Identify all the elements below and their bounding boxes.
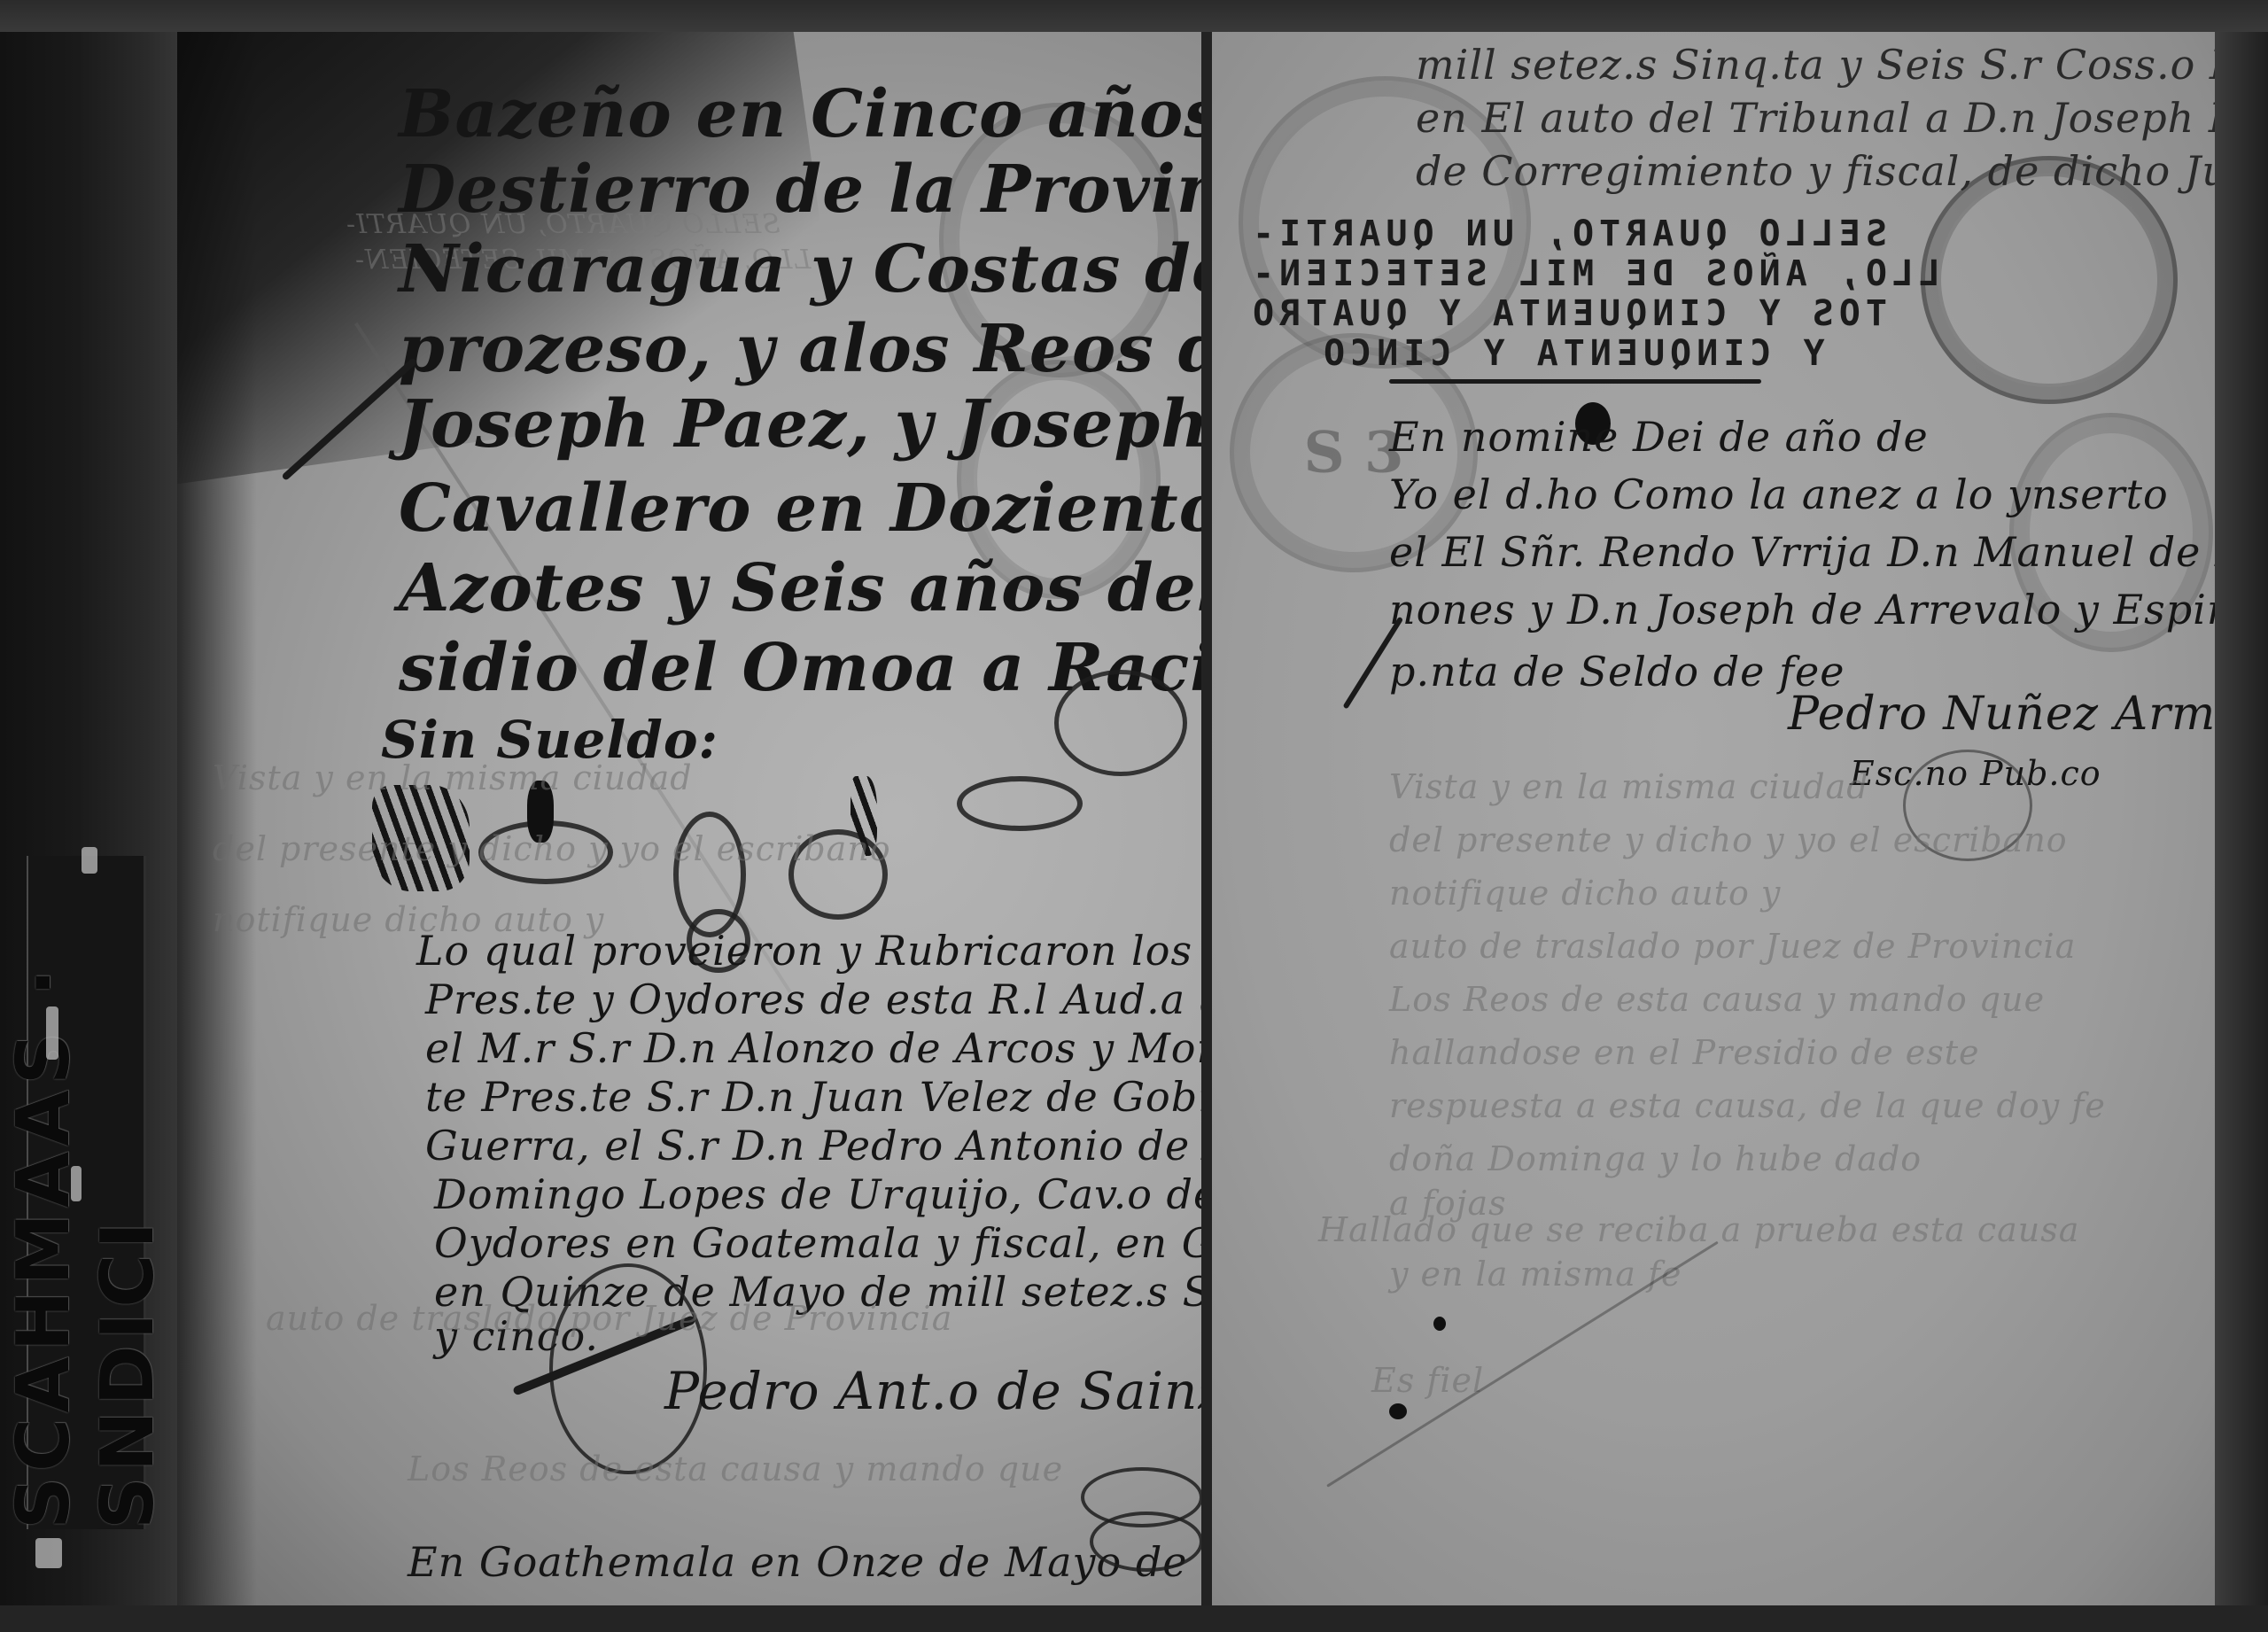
signature: Pedro Ant.o de Sainz de la Oleay bbox=[664, 1361, 1207, 1421]
signature: Pedro Nuñez Armenta bbox=[1788, 688, 2241, 741]
spine-glint bbox=[71, 1166, 82, 1201]
right-page: S 3 mill setez.s Sinq.ta y Seis S.r Coss… bbox=[1212, 32, 2241, 1605]
mirrored-stamp-text: TOS Y CINQUENTA Y QUATRO bbox=[1247, 293, 1887, 334]
ink-blot bbox=[1433, 1317, 1446, 1331]
manuscript-line: Bazeño en Cinco años de bbox=[399, 76, 1207, 152]
faded-line: auto de traslado por Juez de Provincia bbox=[1389, 927, 2076, 966]
faded-line: notifique dicho auto y bbox=[1389, 874, 1781, 913]
manuscript-line: Pres.te y Oydores de esta R.l Aud.a au s… bbox=[425, 975, 1207, 1023]
faded-line: Es fiel bbox=[1371, 1361, 1484, 1400]
marginal-note: Vista y en la misma ciudad bbox=[213, 758, 693, 797]
marginal-note: auto de traslado por Juez de Provincia bbox=[266, 1299, 952, 1338]
faded-line: Los Reos de esta causa y mando que bbox=[408, 1449, 1063, 1488]
manuscript-line: Guerra, el S.r D.n Pedro Antonio de Agui… bbox=[425, 1122, 1207, 1170]
manuscript-line: Azotes y Seis años del Pa bbox=[399, 550, 1207, 626]
manuscript-line: Cavallero en Dozientos bbox=[399, 470, 1207, 547]
manuscript-line: Lo qual proveieron y Rubricaron los S.re… bbox=[416, 927, 1207, 975]
mirrored-stamp-text: SELLO QUARTO, UN QUARTI- bbox=[1247, 214, 1887, 254]
faded-line: y en la misma fe bbox=[1389, 1255, 1682, 1294]
manuscript-line: Domingo Lopes de Urquijo, Cav.o de la or… bbox=[434, 1170, 1207, 1218]
page-gutter bbox=[1201, 32, 1212, 1605]
underline-stroke bbox=[1389, 379, 1761, 384]
marginal-note: del presente y dicho y yo el escribano bbox=[213, 829, 891, 868]
book-binding: SCAHMAAS · SNDICI bbox=[0, 32, 195, 1632]
manuscript-line: Oydores en Goatemala y fiscal, en Gora bbox=[434, 1219, 1207, 1267]
faded-line: Vista y en la misma ciudad bbox=[1389, 767, 1869, 806]
manuscript-line: Nicaragua y Costas de bbox=[399, 231, 1207, 307]
spine-label-text: SCAHMAAS · SNDICI bbox=[2, 856, 170, 1529]
book-edge-right bbox=[2215, 32, 2268, 1632]
manuscript-line: Destierro de la Provincia de bbox=[399, 152, 1207, 228]
spine-glint bbox=[35, 1538, 62, 1568]
manuscript-line: mill setez.s Sinq.ta y Seis S.r Coss.o P… bbox=[1416, 41, 2241, 89]
manuscript-line: Yo el d.ho Como la anez a lo ynserto bbox=[1389, 470, 2169, 518]
manuscript-line: prozeso, y alos Reos dus bbox=[399, 311, 1207, 387]
faded-line: doña Dominga y lo hube dado bbox=[1389, 1139, 1922, 1178]
manuscript-line: p.nta de Seldo de fee bbox=[1389, 648, 1845, 696]
faded-line: respuesta a esta causa, de la que doy fe bbox=[1389, 1086, 2106, 1125]
faded-line: Los Reos de esta causa y mando que bbox=[1389, 980, 2045, 1019]
manuscript-line: En nomine Dei de año de bbox=[1389, 413, 1929, 461]
ink-blot bbox=[1389, 1403, 1407, 1419]
left-page: SELLO QUARTO, UN QUARTI- LLO, AÑOS DE MI… bbox=[177, 32, 1207, 1605]
rubric-flourish bbox=[1054, 670, 1187, 776]
manuscript-line: te Pres.te S.r D.n Juan Velez de Gobre S… bbox=[425, 1073, 1207, 1121]
rubric-flourish bbox=[1090, 1512, 1203, 1572]
manuscript-line: el M.r S.r D.n Alonzo de Arcos y Mon bbox=[425, 1024, 1207, 1072]
manuscript-line: de Corregimiento y fiscal, de dicho Juzg… bbox=[1416, 147, 2241, 195]
manuscript-line: en El auto del Tribunal a D.n Joseph Fig… bbox=[1416, 94, 2241, 142]
faded-line: Hallado que se reciba a prueba esta caus… bbox=[1318, 1210, 2079, 1249]
scan-bottom-border bbox=[0, 1605, 2268, 1632]
mirrored-stamp-text: LLO, AÑOS DE MIL SETECIEN- bbox=[1247, 253, 1940, 294]
faded-line: hallandose en el Presidio de este bbox=[1389, 1033, 1980, 1072]
manuscript-line: En Goathemala en Onze de Mayo de bbox=[408, 1538, 1188, 1586]
scan-top-border bbox=[0, 0, 2268, 34]
manuscript-line: Joseph Paez, y Joseph bbox=[399, 386, 1207, 462]
rubric-flourish bbox=[957, 776, 1083, 831]
spine-glint bbox=[82, 847, 97, 874]
faded-line: del presente y dicho y yo el escribano bbox=[1389, 820, 2068, 859]
spine-glint bbox=[46, 1006, 58, 1060]
manuscript-scan: SCAHMAAS · SNDICI SELLO QUARTO, UN QUART… bbox=[0, 0, 2268, 1632]
manuscript-line: el El Sñr. Rendo Vrrija D.n Manuel de La… bbox=[1389, 528, 2241, 576]
mirrored-stamp-text: Y CINQUENTA Y CINCO bbox=[1318, 333, 1825, 374]
spine-label: SCAHMAAS · SNDICI bbox=[27, 856, 146, 1529]
manuscript-line: nones y D.n Joseph de Arrevalo y Espinos… bbox=[1389, 586, 2241, 633]
